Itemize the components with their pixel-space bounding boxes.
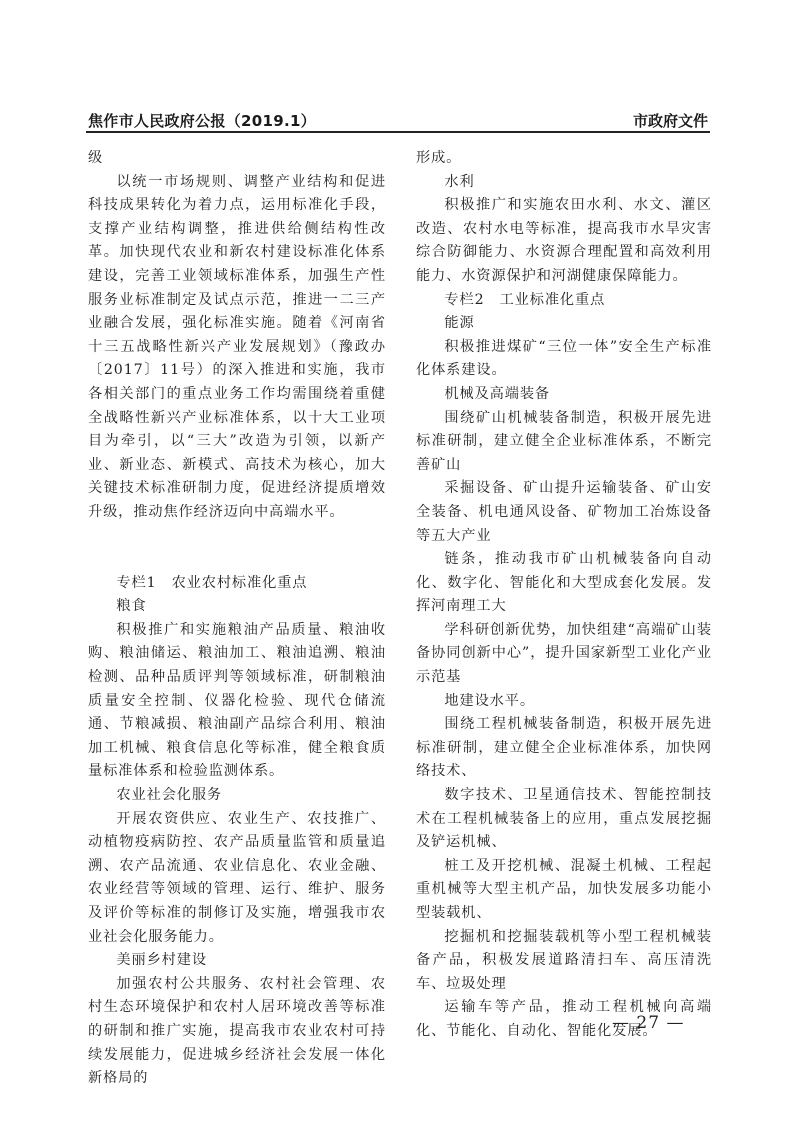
paragraph: 地建设水平。 — [416, 690, 712, 714]
paragraph: 积极推进煤矿“三位一体”安全生产标准化体系建设。 — [416, 336, 712, 383]
left-column: 级 以统一市场规则、调整产业结构和促进科技成果转化为着力点，运用标准化手段，支撑… — [88, 147, 386, 1091]
paragraph: 桩工及开挖机械、混凝土机械、工程起重机械等大型主机产品，加快发展多功能小型装载机… — [416, 855, 712, 926]
box-heading-1: 专栏1 农业农村标准化重点 — [88, 572, 386, 596]
subheading-machinery: 机械及高端装备 — [416, 383, 712, 407]
paragraph: 围绕矿山机械装备制造，积极开展先进标准研制，建立健全企业标准体系，不断完善矿山 — [416, 407, 712, 478]
paragraph: 积极推广和实施农田水利、水文、灌区改造、农村水电等标准，提高我市水旱灾害综合防御… — [416, 194, 712, 288]
paragraph: 积极推广和实施粮油产品质量、粮油收购、粮油储运、粮油加工、粮油追溯、粮油检测、品… — [88, 619, 386, 784]
paragraph: 围绕工程机械装备制造，积极开展先进标准研制，建立健全企业标准体系，加快网络技术、 — [416, 713, 712, 784]
paragraph: 数字技术、卫星通信技术、智能控制技术在工程机械装备上的应用，重点发展挖掘及铲运机… — [416, 784, 712, 855]
paragraph: 级 — [88, 147, 386, 171]
box-heading-2: 专栏2 工业标准化重点 — [416, 289, 712, 313]
subheading-agri-service: 农业社会化服务 — [88, 784, 386, 808]
subheading-energy: 能源 — [416, 312, 712, 336]
subheading-rural: 美丽乡村建设 — [88, 949, 386, 973]
spacer — [88, 525, 386, 549]
right-column: 形成。 水利 积极推广和实施农田水利、水文、灌区改造、农村水电等标准，提高我市水… — [416, 147, 712, 1044]
page-header: 焦作市人民政府公报（2019.1） 市政府文件 — [86, 110, 710, 132]
paragraph: 加强农村公共服务、农村社会管理、农村生态环境保护和农村人居环境改善等标准的研制和… — [88, 973, 386, 1091]
header-divider — [86, 131, 710, 133]
paragraph: 挖掘机和挖掘装载机等小型工程机械装备产品，积极发展道路清扫车、高压清洗车、垃圾处… — [416, 926, 712, 997]
page-number: — 27 — — [612, 1013, 684, 1033]
paragraph: 采掘设备、矿山提升运输装备、矿山安全装备、机电通风设备、矿物加工冶炼设备等五大产… — [416, 477, 712, 548]
paragraph: 开展农资供应、农业生产、农技推广、动植物疫病防控、农产品质量监管和质量追溯、农产… — [88, 808, 386, 950]
subheading-water: 水利 — [416, 171, 712, 195]
section-label: 市政府文件 — [633, 110, 708, 131]
paragraph: 链条，推动我市矿山机械装备向自动化、数字化、智能化和大型成套化发展。发挥河南理工… — [416, 548, 712, 619]
paragraph: 形成。 — [416, 147, 712, 171]
spacer — [88, 548, 386, 572]
paragraph: 学科研创新优势，加快组建“高端矿山装备协同创新中心”，提升国家新型工业化产业示范… — [416, 619, 712, 690]
subheading-grain: 粮食 — [88, 595, 386, 619]
publication-title: 焦作市人民政府公报（2019.1） — [88, 110, 316, 131]
paragraph: 以统一市场规则、调整产业结构和促进科技成果转化为着力点，运用标准化手段，支撑产业… — [88, 171, 386, 525]
